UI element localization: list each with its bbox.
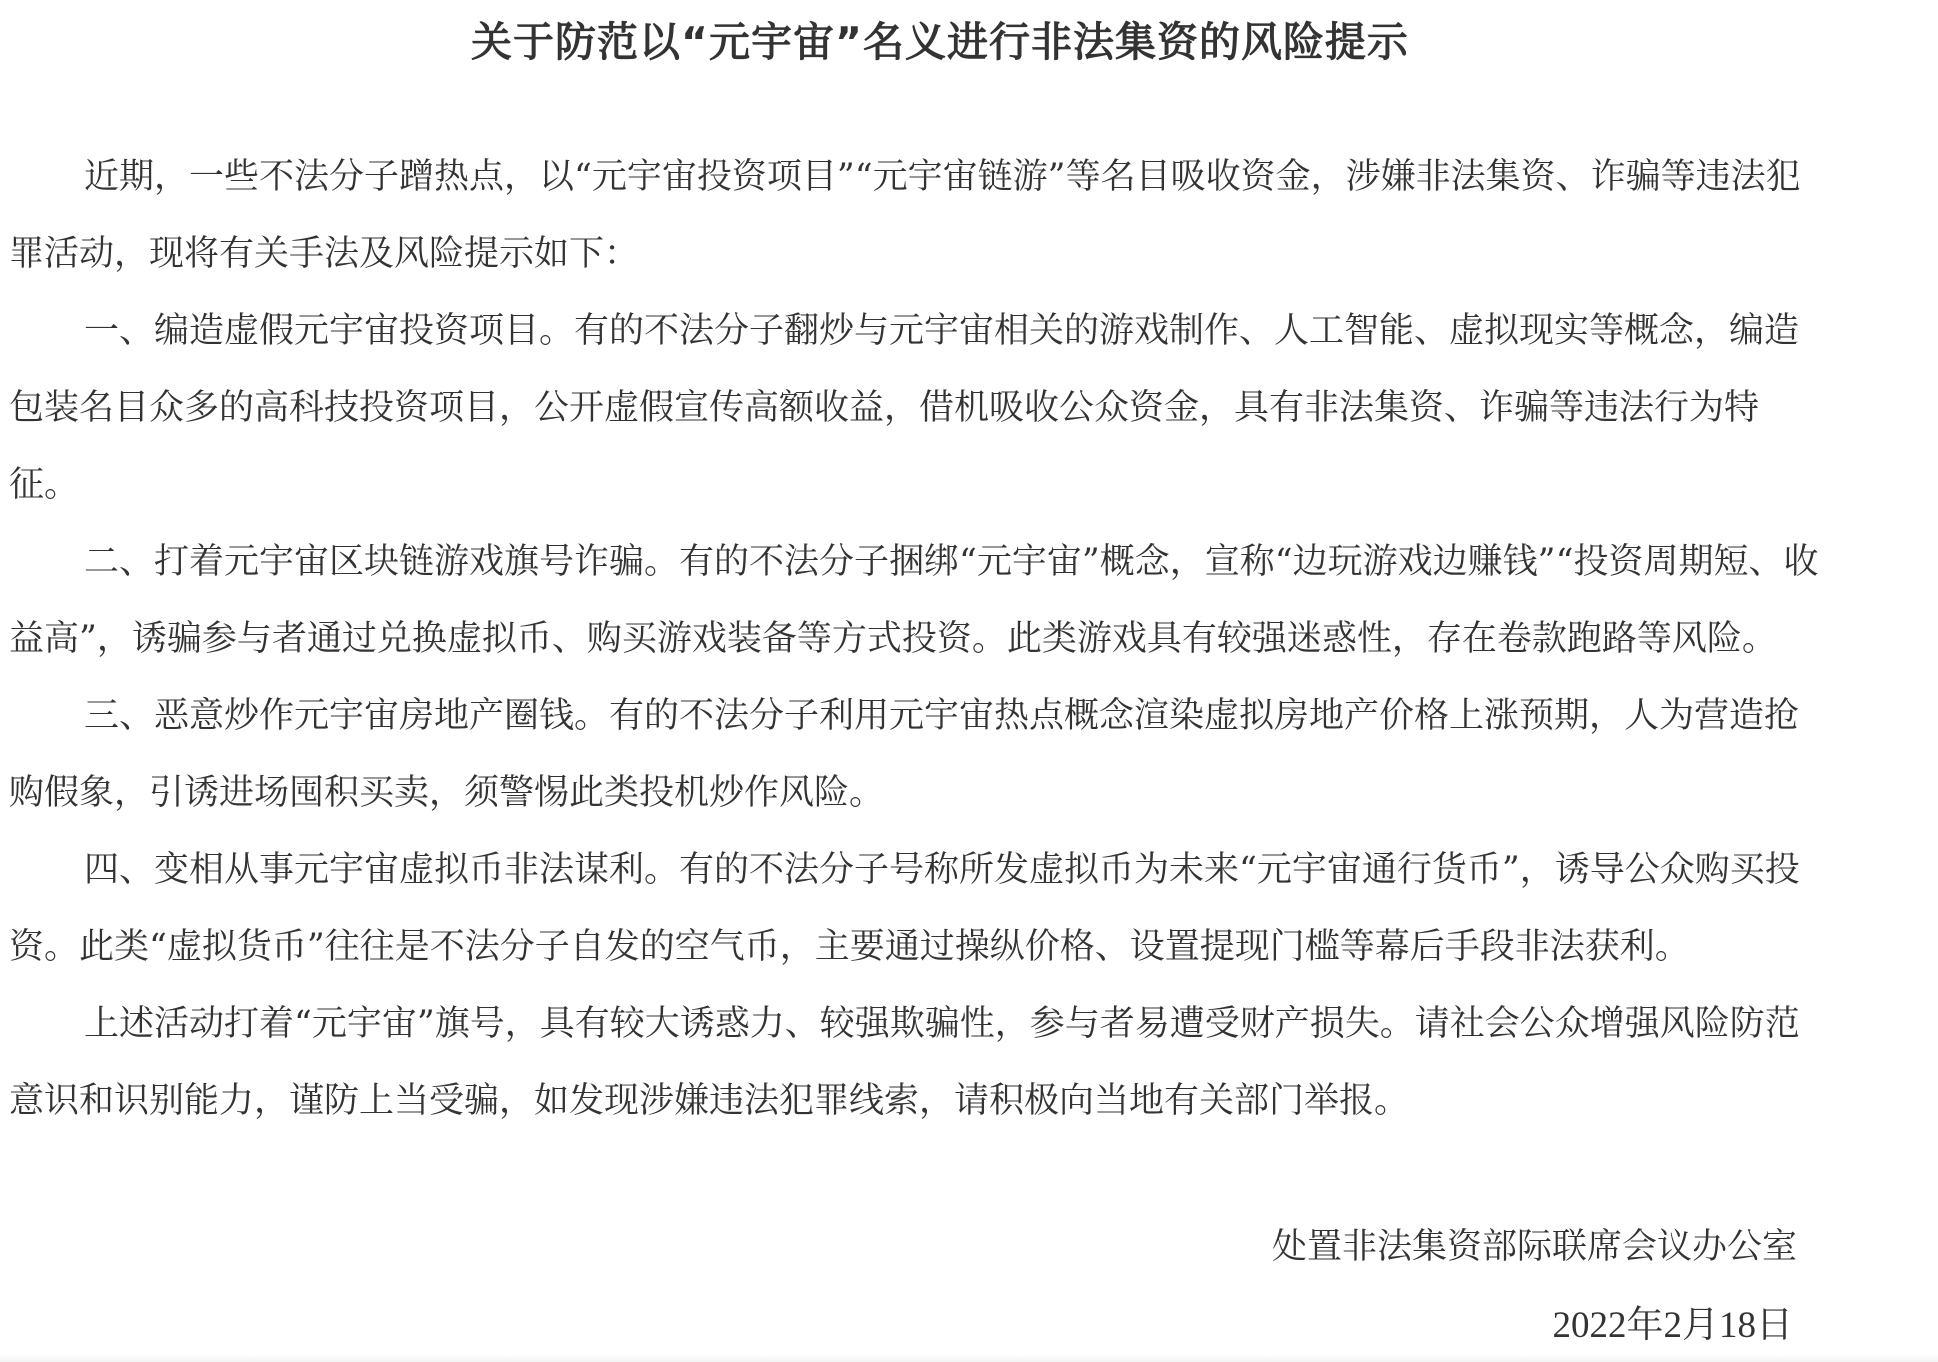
paragraph-line: 罪活动，现将有关手法及风险提示如下： bbox=[9, 216, 1879, 293]
paragraph-conclusion: 上述活动打着“元宇宙”旗号，具有较大诱惑力、较强欺骗性，参与者易遭受财产损失。请… bbox=[9, 986, 1879, 1140]
document-body: 近期，一些不法分子蹭热点，以“元宇宙投资项目”“元宇宙链游”等名目吸收资金，涉嫌… bbox=[9, 139, 1879, 1140]
paragraph-line: 包装名目众多的高科技投资项目，公开虚假宣传高额收益，借机吸收公众资金，具有非法集… bbox=[9, 370, 1879, 447]
paragraph-line: 近期，一些不法分子蹭热点，以“元宇宙投资项目”“元宇宙链游”等名目吸收资金，涉嫌… bbox=[9, 139, 1879, 216]
paragraph-line: 益高”，诱骗参与者通过兑换虚拟币、购买游戏装备等方式投资。此类游戏具有较强迷惑性… bbox=[9, 601, 1879, 678]
paragraph-item-3: 三、恶意炒作元宇宙房地产圈钱。有的不法分子利用元宇宙热点概念渲染虚拟房地产价格上… bbox=[9, 678, 1879, 832]
document-title: 关于防范以“元宇宙”名义进行非法集资的风险提示 bbox=[0, 14, 1880, 70]
paragraph-line: 上述活动打着“元宇宙”旗号，具有较大诱惑力、较强欺骗性，参与者易遭受财产损失。请… bbox=[9, 986, 1879, 1063]
bottom-edge bbox=[0, 1354, 1938, 1362]
paragraph-line: 二、打着元宇宙区块链游戏旗号诈骗。有的不法分子捆绑“元宇宙”概念，宣称“边玩游戏… bbox=[9, 524, 1879, 601]
paragraph-intro: 近期，一些不法分子蹭热点，以“元宇宙投资项目”“元宇宙链游”等名目吸收资金，涉嫌… bbox=[9, 139, 1879, 293]
issuer-signature: 处置非法集资部际联席会议办公室 bbox=[1272, 1209, 1797, 1286]
paragraph-line: 购假象，引诱进场囤积买卖，须警惕此类投机炒作风险。 bbox=[9, 755, 1879, 832]
issue-date: 2022年2月18日 bbox=[1553, 1287, 1794, 1362]
paragraph-item-1: 一、编造虚假元宇宙投资项目。有的不法分子翻炒与元宇宙相关的游戏制作、人工智能、虚… bbox=[9, 293, 1879, 524]
paragraph-item-4: 四、变相从事元宇宙虚拟币非法谋利。有的不法分子号称所发虚拟币为未来“元宇宙通行货… bbox=[9, 832, 1879, 986]
paragraph-item-2: 二、打着元宇宙区块链游戏旗号诈骗。有的不法分子捆绑“元宇宙”概念，宣称“边玩游戏… bbox=[9, 524, 1879, 678]
paragraph-line: 意识和识别能力，谨防上当受骗，如发现涉嫌违法犯罪线索，请积极向当地有关部门举报。 bbox=[9, 1063, 1879, 1140]
paragraph-line: 征。 bbox=[9, 447, 1879, 524]
paragraph-line: 三、恶意炒作元宇宙房地产圈钱。有的不法分子利用元宇宙热点概念渲染虚拟房地产价格上… bbox=[9, 678, 1879, 755]
paragraph-line: 资。此类“虚拟货币”往往是不法分子自发的空气币，主要通过操纵价格、设置提现门槛等… bbox=[9, 909, 1879, 986]
paragraph-line: 一、编造虚假元宇宙投资项目。有的不法分子翻炒与元宇宙相关的游戏制作、人工智能、虚… bbox=[9, 293, 1879, 370]
paragraph-line: 四、变相从事元宇宙虚拟币非法谋利。有的不法分子号称所发虚拟币为未来“元宇宙通行货… bbox=[9, 832, 1879, 909]
